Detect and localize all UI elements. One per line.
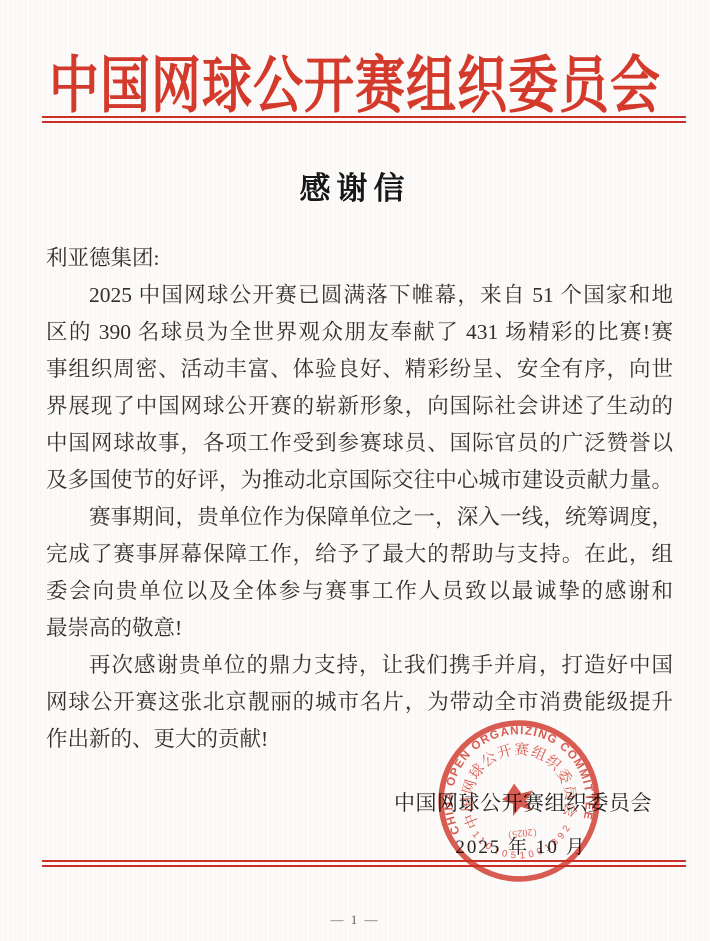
letter-line: 完成了赛事屏幕保障工作，给予了最大的帮助与支持。在此，组 [46,536,673,573]
footer-rule [42,860,686,867]
letter-line: 利亚德集团: [46,240,673,277]
seal-english-ring: CHINA OPEN ORGANIZING COMMITTEE [434,716,598,837]
page-number: — 1 — [0,912,710,928]
seal-year-text: （2025） [502,825,543,841]
letter-body: 利亚德集团: 2025 中国网球公开赛已圆满落下帷幕，来自 51 个国家和地 区… [46,240,673,758]
letter-line: 委会向贵单位以及全体参与赛事工作人员致以最诚挚的感谢和 [46,573,673,610]
star-icon [500,782,535,818]
letter-line: 最崇高的敬意! [46,610,673,647]
letter-title: 感谢信 [0,163,710,208]
letter-line: 2025 中国网球公开赛已圆满落下帷幕，来自 51 个国家和地 [46,277,673,314]
letter-line: 界展现了中国网球公开赛的崭新形象，向国际社会讲述了生动的 [46,388,673,425]
letter-line: 赛事期间，贵单位作为保障单位之一，深入一线，统筹调度， [46,499,673,536]
letterhead-rule [42,116,686,123]
letter-line: 及多国使节的好评，为推动北京国际交往中心城市建设贡献力量。 [46,462,673,499]
svg-text:CHINA OPEN ORGANIZING COMMITTE: CHINA OPEN ORGANIZING COMMITTEE [434,716,598,837]
letter-page: 中国网球公开赛组织委员会 感谢信 利亚德集团: 2025 中国网球公开赛已圆满落… [0,0,710,941]
letter-line: 区的 390 名球员为全世界观众朋友奉献了 431 场精彩的比赛!赛 [46,314,673,351]
letter-line: 中国网球故事，各项工作受到参赛球员、国际官员的广泛赞誉以 [46,425,673,462]
letter-line: 再次感谢贵单位的鼎力支持，让我们携手并肩，打造好中国 [46,647,673,684]
letterhead-org-name: 中国网球公开赛组织委员会 [0,36,710,125]
letter-line: 事组织周密、活动丰富、体验良好、精彩纷呈、安全有序，向世 [46,351,673,388]
official-seal: CHINA OPEN ORGANIZING COMMITTEE 中国网球公开赛组… [424,706,613,895]
